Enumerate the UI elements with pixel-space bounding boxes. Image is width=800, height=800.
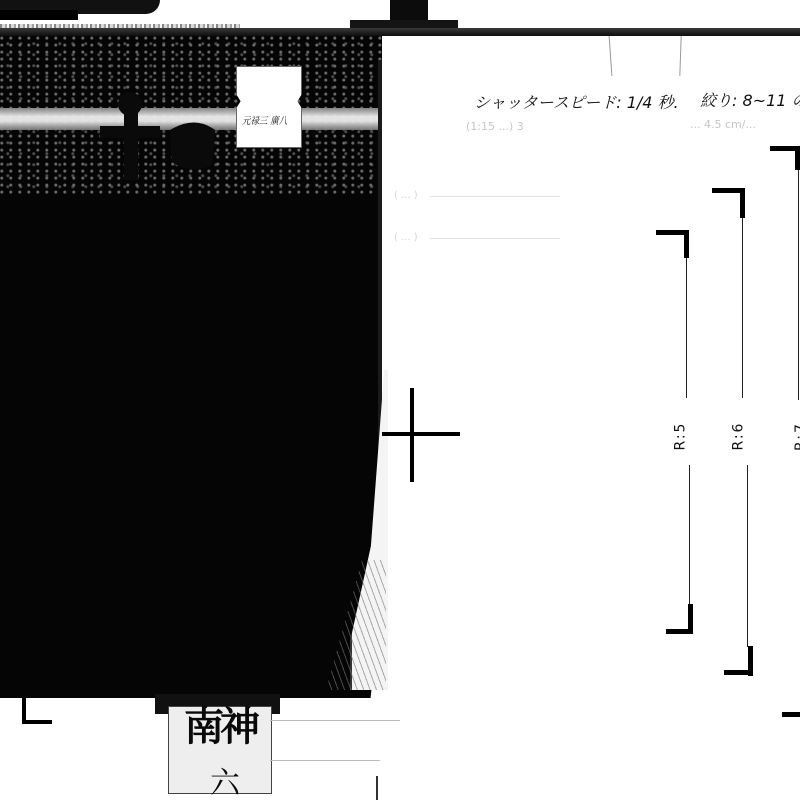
- scale-label-r5: R:5: [672, 422, 688, 451]
- stand-arm-base: [0, 10, 78, 20]
- bottom-tag-main-text: 南神: [170, 706, 270, 748]
- bottom-tag-sub-text: 六: [200, 758, 250, 800]
- sheet-crease: [609, 36, 613, 76]
- crosshair-vertical: [410, 388, 414, 482]
- faint-row: ( ... ): [394, 190, 418, 201]
- faint-rule: [376, 776, 378, 800]
- aperture-text: 絞り: 8~11 の: [700, 88, 800, 111]
- faint-rule: [430, 238, 560, 239]
- corner-mark: [782, 712, 800, 717]
- shutter-speed-text: シャッタースピード: 1/4 秒.: [474, 90, 679, 113]
- faint-row: ( ... ): [394, 232, 418, 243]
- book-title-glyph: [100, 90, 220, 180]
- sheet-crease: [679, 36, 681, 76]
- book-label-text: 元禄三 廣八: [242, 112, 290, 127]
- faint-rule: [270, 720, 400, 721]
- stand-post: [390, 0, 428, 22]
- corner-mark: [22, 720, 52, 724]
- stand-rail: [0, 28, 800, 36]
- scale-label-r7: R:7: [793, 421, 800, 451]
- book-paper-label: [236, 66, 302, 148]
- faint-note-right: ... 4.5 cm/...: [690, 118, 756, 131]
- faint-note-left: (1:15 ...) 3: [466, 120, 524, 133]
- scale-label-r6: R:6: [730, 422, 746, 451]
- faint-rule: [270, 760, 380, 761]
- faint-rule: [430, 196, 560, 197]
- crosshair-horizontal: [382, 432, 460, 436]
